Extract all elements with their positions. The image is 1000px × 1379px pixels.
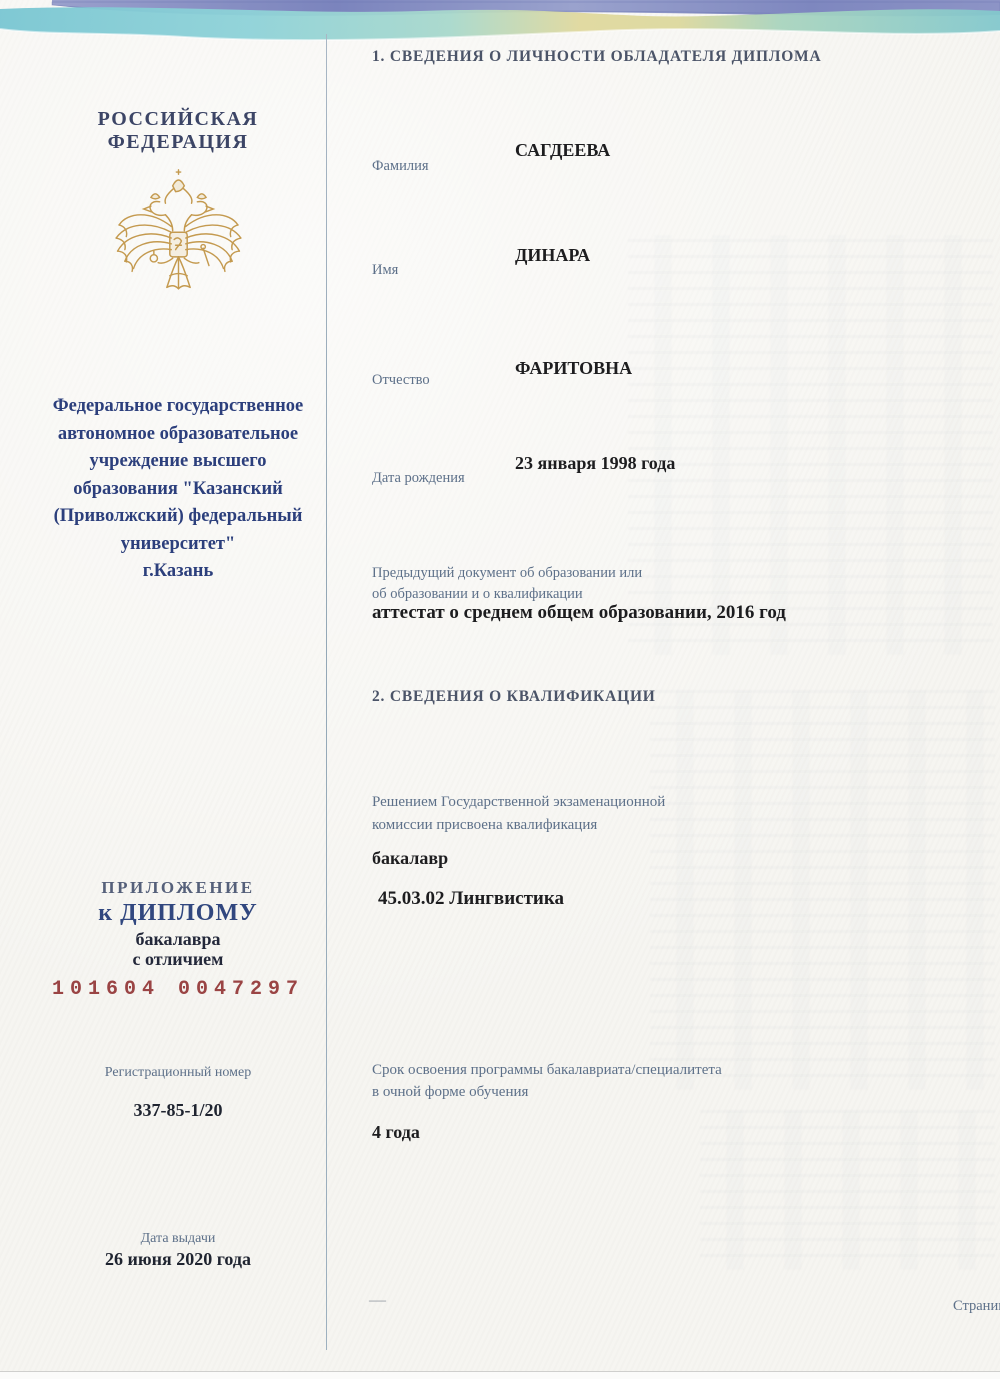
- country-line2: ФЕДЕРАЦИЯ: [108, 131, 249, 153]
- section1-title: 1. СВЕДЕНИЯ О ЛИЧНОСТИ ОБЛАДАТЕЛЯ ДИПЛОМ…: [372, 48, 821, 66]
- issue-date-label: Дата выдачи: [28, 1231, 328, 1247]
- commission-decision-line2: комиссии присвоена квалификация: [372, 817, 597, 834]
- surname-value: САГДЕЕВА: [515, 140, 610, 161]
- page-bleed-texture: [628, 235, 993, 655]
- duration-label-line1: Срок освоения программы бакалавриата/спе…: [372, 1062, 722, 1079]
- diploma-supplement-page: РОССИЙСКАЯ ФЕДЕРАЦИЯ: [0, 0, 1000, 1372]
- firstname-label: Имя: [372, 262, 398, 279]
- patronymic-value: ФАРИТОВНА: [515, 358, 632, 379]
- institution-line: (Приволжский) федеральный: [20, 503, 336, 531]
- country-title: РОССИЙСКАЯ ФЕДЕРАЦИЯ: [28, 108, 328, 154]
- commission-decision-line1: Решением Государственной экзаменационной: [372, 794, 665, 811]
- country-line1: РОССИЙСКАЯ: [98, 108, 259, 130]
- duration-label-line2: в очной форме обучения: [372, 1084, 528, 1101]
- program-code-and-name: 45.03.02 Лингвистика: [378, 888, 564, 910]
- degree-word: бакалавра: [28, 930, 328, 949]
- registration-number-value: 337-85-1/20: [28, 1100, 328, 1121]
- footer-dash: —: [369, 1290, 385, 1310]
- section2-title: 2. СВЕДЕНИЯ О КВАЛИФИКАЦИИ: [372, 688, 656, 706]
- blank-serial-number: 101604 0047297: [28, 978, 328, 1001]
- institution-line: автономное образовательное: [20, 421, 336, 449]
- to-diploma-word: к ДИПЛОМУ: [28, 900, 328, 927]
- previous-document-value: аттестат о среднем общем образовании, 20…: [372, 602, 786, 624]
- supplement-word: ПРИЛОЖЕНИЕ: [28, 878, 328, 898]
- russian-eagle-emblem-icon: [106, 168, 251, 353]
- birthdate-label: Дата рождения: [372, 470, 465, 487]
- surname-label: Фамилия: [372, 158, 429, 175]
- registration-number-label: Регистрационный номер: [28, 1065, 328, 1081]
- page-bleed-texture: [700, 1110, 995, 1270]
- institution-line: г.Казань: [20, 558, 336, 586]
- previous-document-label-line2: об образовании и о квалификации: [372, 586, 583, 603]
- with-honors-word: с отличием: [28, 949, 328, 970]
- institution-line: образования "Казанский: [20, 476, 336, 504]
- duration-value: 4 года: [372, 1122, 420, 1143]
- pages-label: Страниц: [953, 1298, 1000, 1315]
- institution-line: университет": [20, 531, 336, 559]
- institution-line: учреждение высшего: [20, 448, 336, 476]
- firstname-value: ДИНАРА: [515, 245, 590, 266]
- scan-edge-line: [0, 1371, 1000, 1372]
- previous-document-label-line1: Предыдущий документ об образовании или: [372, 565, 642, 582]
- institution-line: Федеральное государственное: [20, 393, 336, 421]
- institution-name: Федеральное государственное автономное о…: [20, 393, 336, 586]
- patronymic-label: Отчество: [372, 372, 430, 389]
- page-bleed-texture: [650, 690, 995, 1090]
- issue-date-value: 26 июня 2020 года: [28, 1249, 328, 1270]
- column-divider-line: [326, 34, 327, 1350]
- security-band-decoration: [0, 0, 1000, 50]
- qualification-value: бакалавр: [372, 848, 448, 869]
- birthdate-value: 23 января 1998 года: [515, 453, 675, 474]
